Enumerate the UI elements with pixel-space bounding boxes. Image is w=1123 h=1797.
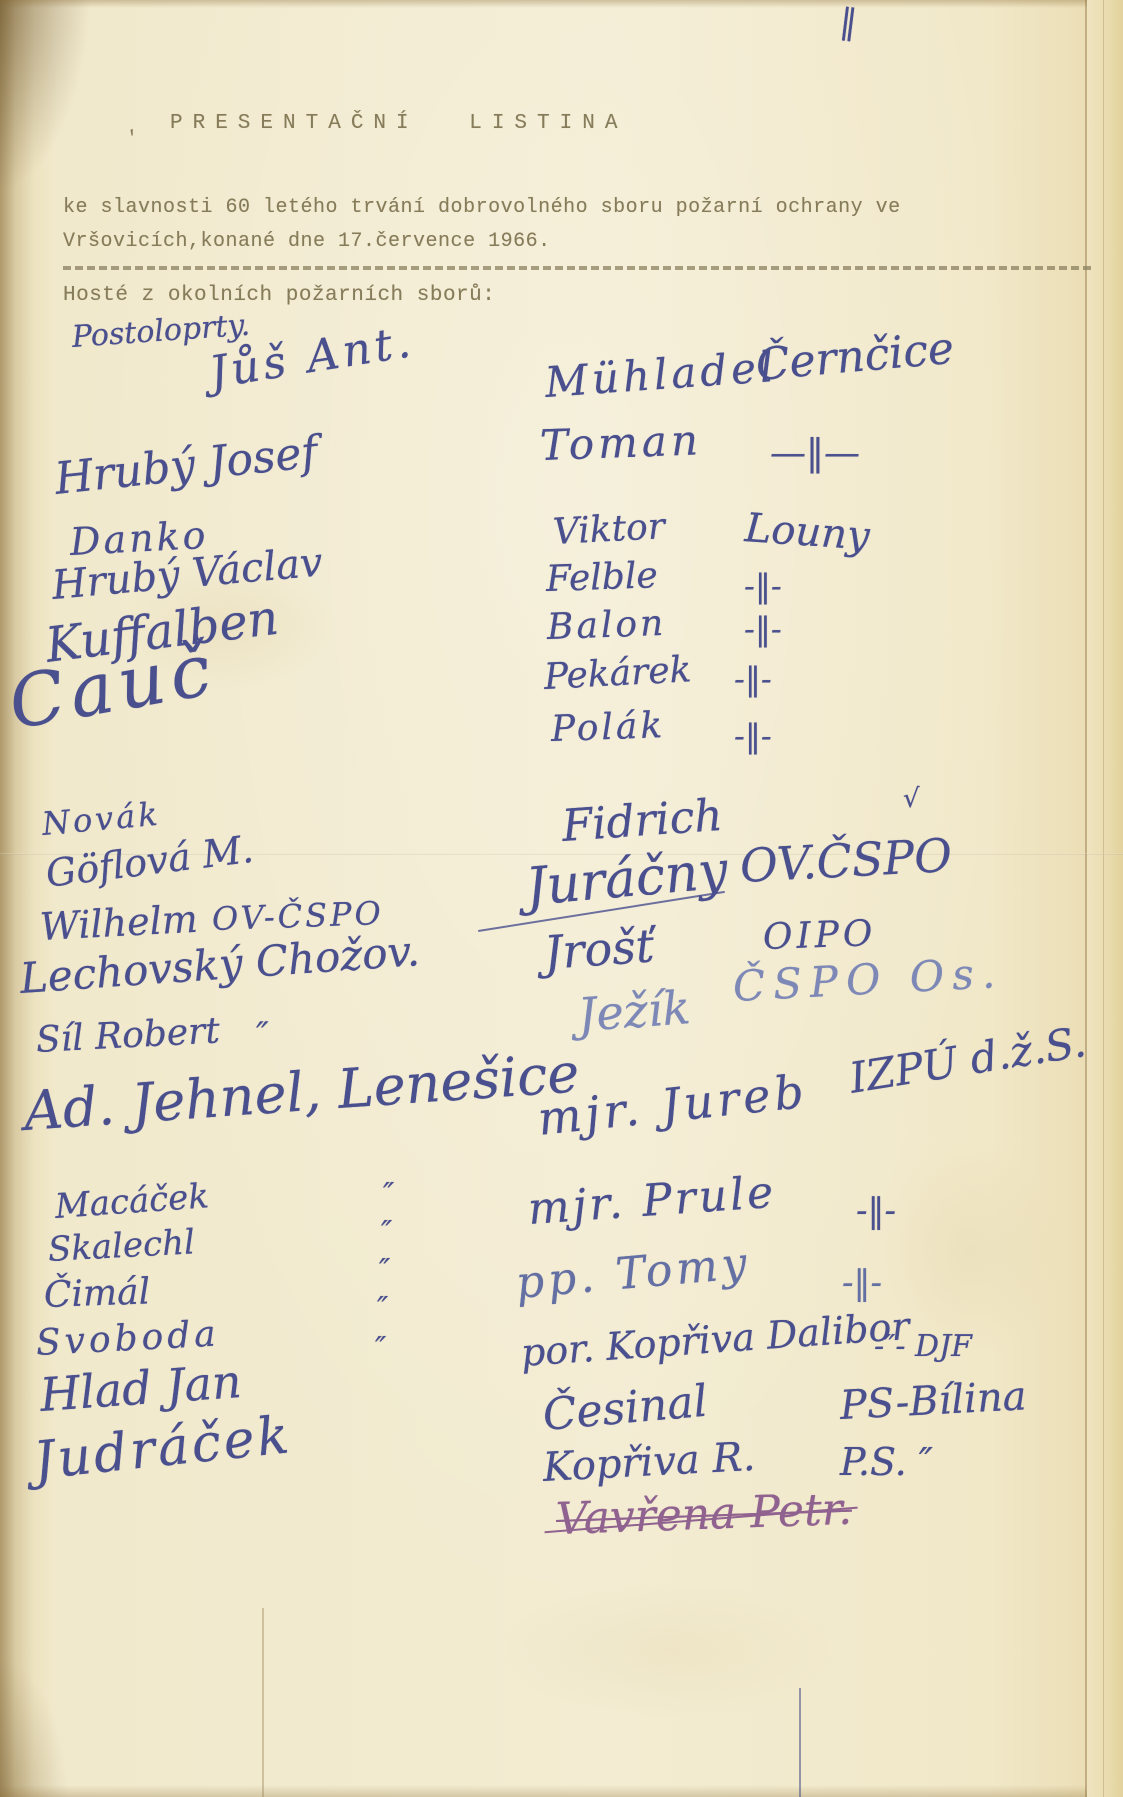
signature-por-kopriva-dalibor: por. Kopřiva Dalibor bbox=[520, 1307, 911, 1372]
signature-kopriva-r: Kopřiva R. bbox=[542, 1437, 756, 1488]
signature-muhladel-org: Černčice bbox=[754, 327, 956, 388]
signature-mjr-prule-ditto: -‖- bbox=[856, 1194, 896, 1228]
intro-line-1: ke slavnosti 60 letého trvání dobrovolné… bbox=[63, 196, 901, 219]
signature-cesinal-org: PS-Bílina bbox=[839, 1376, 1028, 1426]
intro-line-2: Vršovicích,konané dne 17.července 1966. bbox=[63, 230, 551, 253]
signature-jrost-org: OIPO bbox=[762, 916, 877, 956]
signature-sil-robert: Síl Robert bbox=[35, 1013, 221, 1059]
signature-hlad-jan: Hlad Jan bbox=[38, 1358, 243, 1418]
signature-jehnel-lenesice: Ad. Jehnel, Lenešice bbox=[22, 1046, 581, 1139]
signature-novak: Novák bbox=[41, 798, 162, 840]
signature-mjr-jureb-org: IZPÚ d.ž.S. bbox=[847, 1021, 1089, 1100]
signature-pekarek: Pekárek bbox=[543, 652, 692, 696]
paper-edge-left bbox=[0, 0, 34, 1797]
signature-kopriva-r-org: P.S. ″ bbox=[840, 1443, 933, 1481]
signature-viktor-org: Louny bbox=[744, 508, 871, 557]
title-tick-mark: , bbox=[122, 117, 140, 140]
signature-jezik-org: ČSPO Os. bbox=[732, 952, 1004, 1008]
paper-underlay-right-line bbox=[1103, 0, 1104, 1797]
signature-hlad-jan-ditto: ″ bbox=[375, 1334, 386, 1364]
signature-toman: Toman bbox=[539, 419, 702, 467]
signature-balon-ditto: -‖- bbox=[744, 613, 782, 645]
signature-cimal-ditto: ″ bbox=[379, 1256, 390, 1286]
signature-por-kopriva-org: -″- DJF bbox=[874, 1332, 972, 1362]
paper-corner-shadow-bottom-left bbox=[0, 1657, 70, 1797]
signature-hruby-josef: Hrubý Josef bbox=[53, 431, 320, 502]
signature-scrawl-2: Cauč bbox=[4, 632, 222, 739]
signature-judracek: Judráček bbox=[31, 1409, 294, 1488]
top-tally-mark: ‖ bbox=[838, 4, 859, 40]
paper-edge-bottom bbox=[0, 1785, 1123, 1797]
paper-corner-shadow-top-left bbox=[0, 0, 90, 190]
check-mark: √ bbox=[903, 786, 920, 812]
signature-felble: Felble bbox=[545, 558, 658, 598]
signature-jezik: Ježík bbox=[576, 984, 691, 1038]
signature-cimal: Čimál bbox=[43, 1274, 150, 1314]
signature-muhladel: Mühladel bbox=[544, 346, 779, 404]
signature-crossed-out: Vavřena Petr. bbox=[555, 1488, 852, 1542]
bottom-pen-mark bbox=[799, 1688, 801, 1797]
signature-pp-tomy: pp. Tomy bbox=[514, 1242, 752, 1306]
signature-cesinal: Česinal bbox=[541, 1380, 709, 1438]
signature-toman-ditto: —‖— bbox=[770, 436, 860, 472]
signature-polak-ditto: -‖- bbox=[734, 720, 772, 752]
signature-felble-ditto: -‖- bbox=[744, 570, 782, 602]
paper-edge-top bbox=[0, 0, 1123, 8]
signature-balon: Balon bbox=[546, 606, 666, 646]
signature-pp-tomy-ditto: -‖- bbox=[842, 1266, 882, 1300]
signature-mjr-prule: mjr. Prule bbox=[526, 1171, 777, 1232]
section-heading: Hosté z okolních požarních sborů: bbox=[63, 284, 495, 307]
signature-juracny: Juráčny bbox=[524, 844, 730, 913]
signature-sil-robert-ditto: ″ bbox=[256, 1018, 269, 1052]
signature-skalechl-ditto: ″ bbox=[381, 1218, 392, 1248]
signature-wilhelm: Wilhelm bbox=[39, 900, 199, 946]
page-title: PRESENTAČNÍ LISTINA bbox=[170, 112, 627, 135]
signature-svoboda-ditto: ″ bbox=[377, 1294, 388, 1324]
signature-macacek-ditto: ″ bbox=[383, 1180, 394, 1210]
signature-macacek: Macáček bbox=[54, 1179, 210, 1224]
signature-svoboda: Svoboda bbox=[35, 1316, 221, 1362]
signature-skalechl: Skalechl bbox=[47, 1225, 196, 1267]
vertical-fold-crease bbox=[262, 1608, 264, 1797]
signature-pekarek-ditto: -‖- bbox=[734, 663, 772, 695]
dashed-separator bbox=[63, 266, 1095, 270]
signature-fidrich: Fidrich bbox=[560, 794, 724, 849]
signature-viktor: Viktor bbox=[552, 509, 666, 551]
signature-jrost: Jrošť bbox=[542, 922, 655, 976]
document-page: ‖ , PRESENTAČNÍ LISTINA ke slavnosti 60 … bbox=[0, 0, 1123, 1797]
signature-juracny-org: OV.ČSPO bbox=[739, 832, 953, 889]
signature-polak: Polák bbox=[550, 708, 665, 748]
paper-stain bbox=[500, 1580, 840, 1720]
